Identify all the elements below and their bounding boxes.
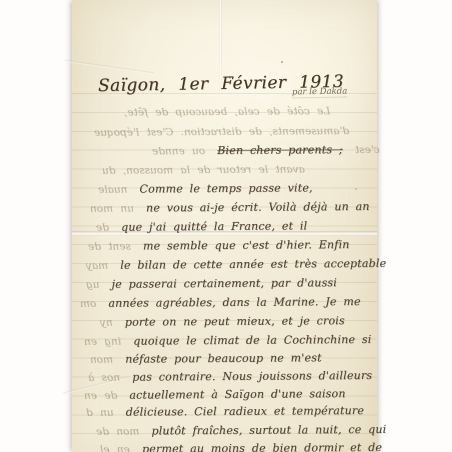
- letter-line: mon néfaste pour beaucoup ne m'est: [72, 346, 375, 365]
- handwriting-text: je passerai certainement, par d'aussi: [112, 276, 337, 291]
- bleed-through-text: ing en: [84, 336, 121, 348]
- age-speck: [281, 61, 283, 63]
- handwriting-text: Comme le temps passe vite,: [139, 181, 312, 195]
- handwriting-text: porte on ne peut mieux, et je crois: [125, 314, 345, 329]
- bleed-through-text: ny: [100, 317, 113, 329]
- letter-line: ug je passerai certainement, par d'aussi: [72, 271, 375, 290]
- handwriting-text: le bilan de cette année est très accepta…: [120, 257, 386, 272]
- letter-page: Saïgon, 1er Février 1913 par le Dakda Le…: [72, 0, 377, 452]
- letter-line: ny porte on ne peut mieux, et je crois: [72, 309, 375, 328]
- letter-line: de en actuellement à Saïgon d'une saison: [72, 382, 375, 401]
- letter-line: un d délicieuse. Ciel radieux et tempéra…: [72, 399, 375, 418]
- letter-line: en el permet au moins de bien dormir et …: [72, 436, 375, 452]
- letter-line: sent de me semble que c'est d'hier. Enfi…: [72, 233, 375, 252]
- letter-line: ou ennde Bien chers parents ; c'est: [72, 138, 375, 157]
- letter-line: avant le retour de la mousson, du: [72, 157, 375, 176]
- letter-line: nuale Comme le temps passe vite,: [72, 176, 375, 195]
- letter-line: om années agréables, dans la Marine. Je …: [72, 290, 375, 309]
- letter-line: de que j'ai quitté la France, et il: [72, 214, 375, 233]
- handwriting-text: que j'ai quitté la France, et il: [121, 219, 307, 233]
- handwriting-text: délicieuse. Ciel radieux et température: [126, 404, 364, 419]
- bleed-through-text: un mon: [90, 203, 134, 215]
- handwriting-text: années agréables, dans la Marine. Je me: [108, 295, 360, 310]
- letter-line: may le bilan de cette année est très acc…: [72, 252, 375, 271]
- letter-line: ing en quoique le climat de la Cochinchi…: [72, 328, 375, 347]
- bleed-through-text: nos à: [88, 372, 120, 384]
- diagonal-crease-top: [64, 60, 153, 75]
- bleed-through-text: avant le retour de la mousson, du: [102, 163, 305, 176]
- letter-line: un mon ne vous ai-je écrit. Voilà déjà u…: [72, 195, 375, 214]
- bleed-through-text: nuale: [98, 184, 127, 196]
- bleed-through-text: sent de: [88, 241, 131, 253]
- bleed-through-text: mon: [90, 354, 113, 366]
- handwriting-text: ne vous ai-je écrit. Voilà déjà un an: [146, 200, 370, 215]
- salutation-text: Bien chers parents ;: [217, 143, 343, 157]
- bleed-through-text: om: [80, 298, 96, 310]
- letter-line: d'amusements, de distraction. C'est l'ép…: [72, 119, 375, 138]
- bleed-through-text: ou ennde: [152, 145, 205, 157]
- bleed-through-text: c'est: [355, 144, 380, 156]
- bleed-through-text: Le côté de cela, beaucoup de fête,: [124, 105, 330, 118]
- bleed-through-text: un d: [86, 407, 114, 419]
- handwriting-text: permet au moins de bien dormir et de: [142, 441, 382, 452]
- handwriting-text: me semble que c'est d'hier. Enfin: [143, 238, 350, 252]
- letter-line: mon de plutôt fraîches, surtout la nuit,…: [72, 418, 375, 437]
- bleed-through-text: mon de: [96, 426, 139, 438]
- letter-line: nos à pas contraire. Nous jouissons d'ai…: [72, 364, 375, 383]
- letter-line: Le côté de cela, beaucoup de fête,: [72, 99, 375, 118]
- bleed-through-text: d'amusements, de distraction. C'est l'ép…: [94, 125, 349, 139]
- bleed-through-text: ug: [86, 279, 100, 291]
- bleed-through-text: de: [96, 222, 109, 234]
- annotation-text: par le Dakda: [292, 87, 347, 99]
- bleed-through-text: en el: [100, 444, 130, 452]
- bleed-through-text: may: [86, 260, 108, 272]
